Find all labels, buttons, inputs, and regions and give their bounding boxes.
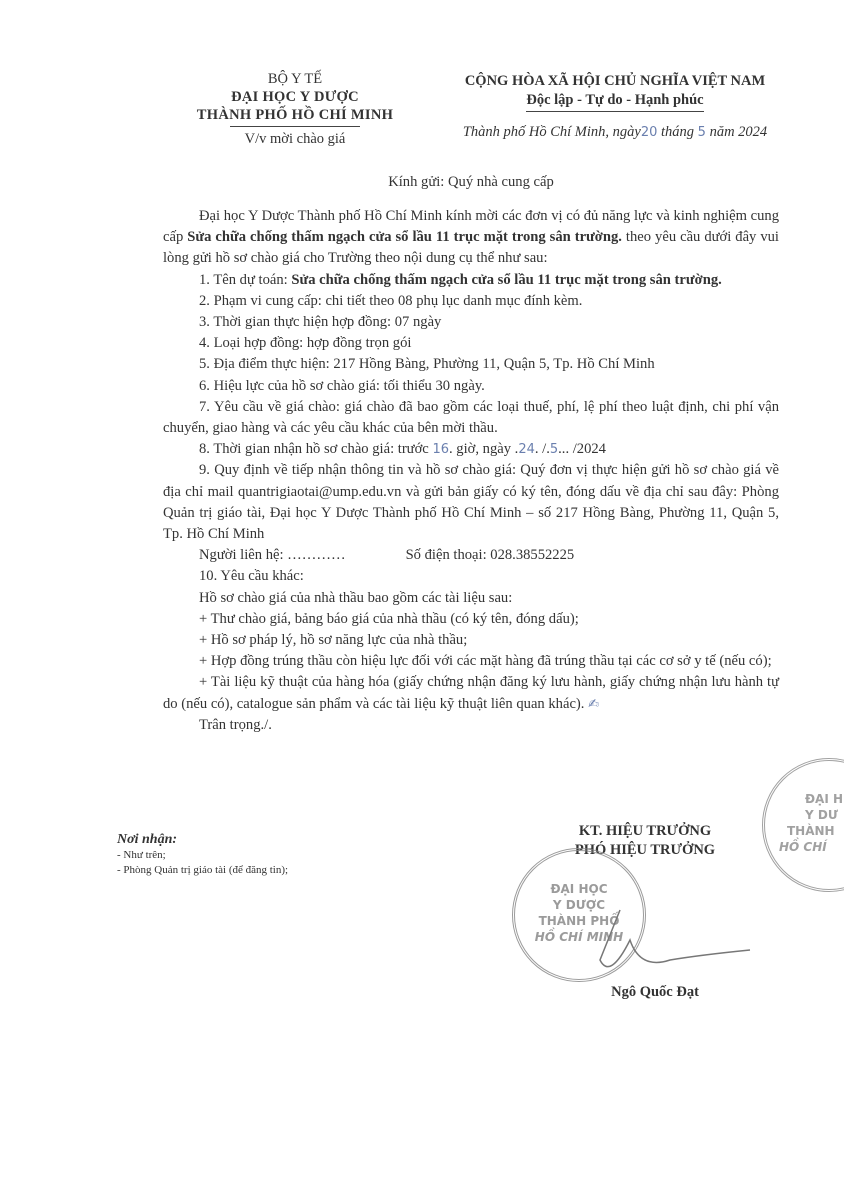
handwritten-day: 20 (641, 125, 658, 140)
doc-4: + Tài liệu kỹ thuật của hàng hóa (giấy c… (163, 672, 779, 714)
partial-seal: ĐẠI H Y DƯ THÀNH HỒ CHÍ (762, 758, 844, 892)
signature-title-1: KT. HIỆU TRƯỞNG (520, 822, 770, 841)
ministry-name: BỘ Y TẾ (160, 70, 430, 88)
letter-body: Đại học Y Dược Thành phố Hồ Chí Minh kín… (163, 206, 779, 736)
recipient-2: - Phòng Quản trị giáo tài (để đăng tin); (117, 863, 437, 878)
university-name-line2: THÀNH PHỐ HỒ CHÍ MINH (160, 106, 430, 124)
item-8: 8. Thời gian nhận hồ sơ chào giá: trước … (163, 439, 779, 460)
recipients-block: Nơi nhận: - Như trên; - Phòng Quản trị g… (117, 832, 437, 878)
initials-mark: ✍ (588, 697, 599, 712)
item-7: 7. Yêu cầu về giá chào: giá chào đã bao … (163, 397, 779, 439)
item-5: 5. Địa điểm thực hiện: 217 Hồng Bàng, Ph… (163, 354, 779, 375)
item-10: 10. Yêu cầu khác: (163, 566, 779, 587)
issuing-authority: BỘ Y TẾ ĐẠI HỌC Y DƯỢC THÀNH PHỐ HỒ CHÍ … (160, 70, 430, 148)
recipient-1: - Như trên; (117, 848, 437, 863)
subject-line: V/v mời chào giá (160, 130, 430, 148)
doc-1: + Thư chào giá, bảng báo giá của nhà thầ… (163, 609, 779, 630)
intro-paragraph: Đại học Y Dược Thành phố Hồ Chí Minh kín… (163, 206, 779, 270)
date-line: Thành phố Hồ Chí Minh, ngày20 tháng 5 nă… (425, 124, 805, 141)
salutation: Kính gửi: Quý nhà cung cấp (163, 172, 779, 193)
signer-name: Ngô Quốc Đạt (590, 984, 720, 1001)
docs-intro: Hồ sơ chào giá của nhà thầu bao gồm các … (163, 588, 779, 609)
item-2: 2. Phạm vi cung cấp: chi tiết theo 08 ph… (163, 291, 779, 312)
item-4: 4. Loại hợp đồng: hợp đồng trọn gói (163, 333, 779, 354)
recipients-title: Nơi nhận: (117, 832, 437, 848)
motto: Độc lập - Tự do - Hạnh phúc (526, 91, 703, 112)
item-3: 3. Thời gian thực hiện hợp đồng: 07 ngày (163, 312, 779, 333)
university-name-line1: ĐẠI HỌC Y DƯỢC (160, 88, 430, 106)
national-header: CỘNG HÒA XÃ HỘI CHỦ NGHĨA VIỆT NAM Độc l… (425, 72, 805, 112)
nation-name: CỘNG HÒA XÃ HỘI CHỦ NGHĨA VIỆT NAM (425, 72, 805, 91)
doc-2: + Hồ sơ pháp lý, hồ sơ năng lực của nhà … (163, 630, 779, 651)
item-6: 6. Hiệu lực của hồ sơ chào giá: tối thiể… (163, 376, 779, 397)
contact-line: Người liên hệ: …………Số điện thoại: 028.38… (163, 545, 779, 566)
handwritten-month: 5 (698, 125, 706, 140)
closing: Trân trọng./. (163, 715, 779, 736)
divider (230, 126, 360, 127)
item-1: 1. Tên dự toán: Sửa chữa chống thấm ngạc… (163, 270, 779, 291)
item-9: 9. Quy định về tiếp nhận thông tin và hồ… (163, 460, 779, 545)
signature-scribble (580, 900, 760, 990)
doc-3: + Hợp đồng trúng thầu còn hiệu lực đối v… (163, 651, 779, 672)
